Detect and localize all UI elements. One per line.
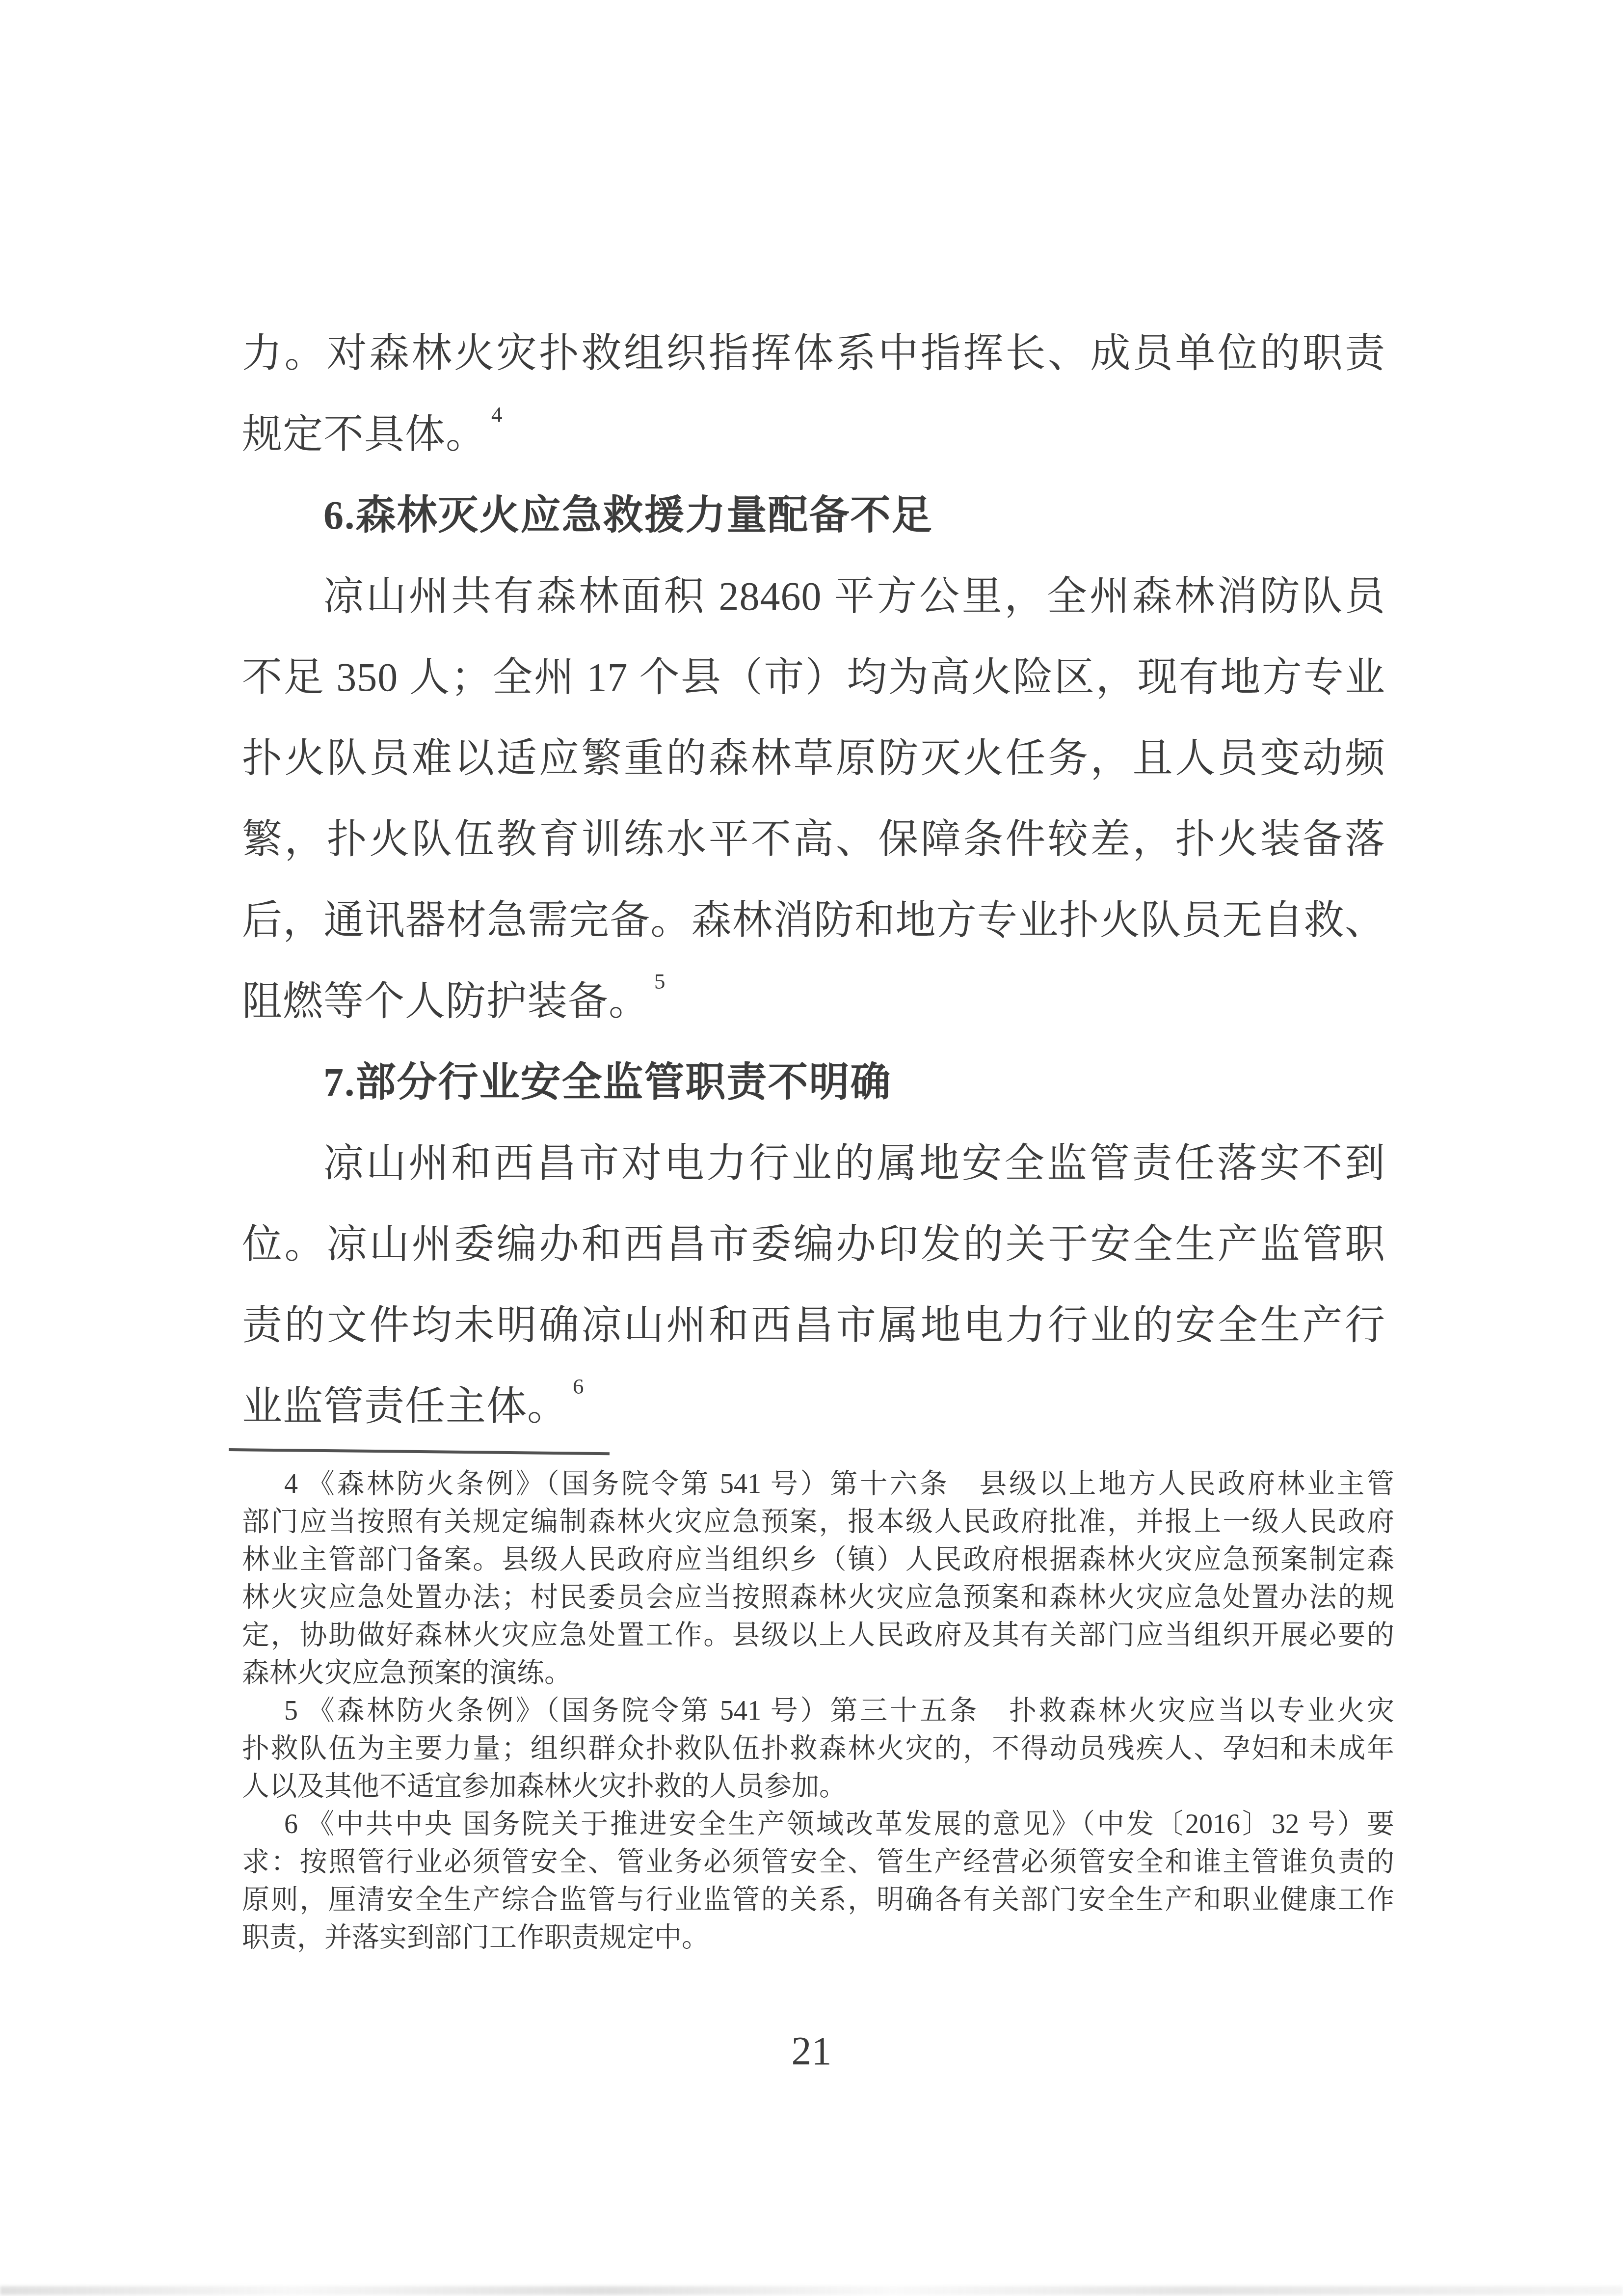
- line-text: 凉山州共有森林面积 28460 平方公里，全州森林消防队员: [323, 574, 1385, 619]
- footnote-line: 定，协助做好森林火灾应急处置工作。县级以上人民政府及其有关部门应当组织开展必要的: [242, 1617, 1394, 1654]
- line-text: 位。凉山州委编办和西昌市委编办印发的关于安全生产监管职: [242, 1222, 1385, 1267]
- body-text-line: 繁，扑火队伍教育训练水平不高、保障条件较差，扑火装备落: [242, 799, 1385, 880]
- footnote-ref: 4: [491, 402, 503, 427]
- footnote-line: 原则，厘清安全生产综合监管与行业监管的关系，明确各有关部门安全生产和职业健康工作: [242, 1881, 1394, 1919]
- page-number: 21: [0, 2022, 1623, 2080]
- line-text: 凉山州和西昌市对电力行业的属地安全监管责任落实不到: [323, 1141, 1385, 1186]
- line-text: 业监管责任主体。: [242, 1384, 568, 1429]
- footnote-line: 部门应当按照有关规定编制森林火灾应急预案，报本级人民政府批准，并报上一级人民政府: [242, 1503, 1394, 1541]
- body-text-line: 责的文件均未明确凉山州和西昌市属地电力行业的安全生产行: [242, 1285, 1385, 1366]
- footnote-line: 6 《中共中央 国务院关于推进安全生产领域改革发展的意见》（中发〔2016〕32…: [242, 1806, 1394, 1843]
- line-text: 人以及其他不适宜参加森林火灾扑救的人员参加。: [242, 1771, 847, 1802]
- body-text-line: 规定不具体。4: [242, 394, 1385, 475]
- footnote-line: 5 《森林防火条例》（国务院令第 541 号）第三十五条 扑救森林火灾应当以专业…: [242, 1692, 1394, 1730]
- line-text: 7.部分行业安全监管职责不明确: [323, 1060, 892, 1105]
- footnote-ref: 6: [573, 1374, 585, 1399]
- line-text: 后，通讯器材急需完备。森林消防和地方专业扑火队员无自救、: [242, 898, 1385, 943]
- footnote-line: 求：按照管行业必须管安全、管业务必须管安全、管生产经营必须管安全和谁主管谁负责的: [242, 1843, 1394, 1881]
- footnote-line: 林火灾应急处置办法；村民委员会应当按照森林火灾应急预案和森林火灾应急处置办法的规: [242, 1579, 1394, 1617]
- document-page: 力。对森林火灾扑救组织指挥体系中指挥长、成员单位的职责规定不具体。46.森林灭火…: [0, 0, 1623, 2296]
- line-text: 4 《森林防火条例》（国务院令第 541 号）第十六条 县级以上地方人民政府林业…: [284, 1469, 1394, 1499]
- line-text: 责的文件均未明确凉山州和西昌市属地电力行业的安全生产行: [242, 1303, 1385, 1348]
- footnote-line: 林业主管部门备案。县级人民政府应当组织乡（镇）人民政府根据森林火灾应急预案制定森: [242, 1541, 1394, 1579]
- line-text: 扑火队员难以适应繁重的森林草原防灭火任务，且人员变动频: [242, 736, 1385, 781]
- line-text: 定，协助做好森林火灾应急处置工作。县级以上人民政府及其有关部门应当组织开展必要的: [242, 1620, 1394, 1650]
- footnote-line: 人以及其他不适宜参加森林火灾扑救的人员参加。: [242, 1768, 1394, 1806]
- line-text: 原则，厘清安全生产综合监管与行业监管的关系，明确各有关部门安全生产和职业健康工作: [242, 1885, 1394, 1915]
- body-text: 力。对森林火灾扑救组织指挥体系中指挥长、成员单位的职责规定不具体。46.森林灭火…: [242, 313, 1385, 1447]
- footnote-separator: [229, 1448, 610, 1455]
- line-text: 阻燃等个人防护装备。: [242, 979, 649, 1024]
- body-text-line: 业监管责任主体。6: [242, 1366, 1385, 1447]
- line-text: 求：按照管行业必须管安全、管业务必须管安全、管生产经营必须管安全和谁主管谁负责的: [242, 1847, 1394, 1877]
- body-text-line: 7.部分行业安全监管职责不明确: [242, 1042, 1385, 1123]
- line-text: 职责，并落实到部门工作职责规定中。: [242, 1922, 709, 1953]
- body-text-line: 凉山州和西昌市对电力行业的属地安全监管责任落实不到: [242, 1123, 1385, 1204]
- line-text: 繁，扑火队伍教育训练水平不高、保障条件较差，扑火装备落: [242, 817, 1385, 862]
- body-text-line: 凉山州共有森林面积 28460 平方公里，全州森林消防队员: [242, 556, 1385, 637]
- line-text: 扑救队伍为主要力量；组织群众扑救队伍扑救森林火灾的，不得动员残疾人、孕妇和未成年: [242, 1733, 1394, 1764]
- body-text-line: 力。对森林火灾扑救组织指挥体系中指挥长、成员单位的职责: [242, 313, 1385, 394]
- line-text: 规定不具体。: [242, 412, 486, 457]
- footnote-line: 森林火灾应急预案的演练。: [242, 1654, 1394, 1692]
- footnote-line: 4 《森林防火条例》（国务院令第 541 号）第十六条 县级以上地方人民政府林业…: [242, 1465, 1394, 1503]
- line-text: 林业主管部门备案。县级人民政府应当组织乡（镇）人民政府根据森林火灾应急预案制定森: [242, 1544, 1394, 1575]
- body-text-line: 位。凉山州委编办和西昌市委编办印发的关于安全生产监管职: [242, 1204, 1385, 1285]
- footnote-ref: 5: [654, 969, 666, 994]
- scan-artifact-bottom: [0, 2286, 1623, 2295]
- line-text: 6.森林灭火应急救援力量配备不足: [323, 493, 933, 538]
- body-text-line: 阻燃等个人防护装备。5: [242, 961, 1385, 1042]
- line-text: 6 《中共中央 国务院关于推进安全生产领域改革发展的意见》（中发〔2016〕32…: [284, 1809, 1394, 1839]
- line-text: 5 《森林防火条例》（国务院令第 541 号）第三十五条 扑救森林火灾应当以专业…: [284, 1696, 1394, 1726]
- line-text: 森林火灾应急预案的演练。: [242, 1658, 572, 1688]
- body-text-line: 后，通讯器材急需完备。森林消防和地方专业扑火队员无自救、: [242, 880, 1385, 961]
- line-text: 林火灾应急处置办法；村民委员会应当按照森林火灾应急预案和森林火灾应急处置办法的规: [242, 1582, 1394, 1613]
- footnote-line: 扑救队伍为主要力量；组织群众扑救队伍扑救森林火灾的，不得动员残疾人、孕妇和未成年: [242, 1730, 1394, 1768]
- line-text: 不足 350 人；全州 17 个县（市）均为高火险区，现有地方专业: [242, 655, 1385, 700]
- body-text-line: 不足 350 人；全州 17 个县（市）均为高火险区，现有地方专业: [242, 637, 1385, 718]
- line-text: 力。对森林火灾扑救组织指挥体系中指挥长、成员单位的职责: [242, 331, 1385, 376]
- line-text: 部门应当按照有关规定编制森林火灾应急预案，报本级人民政府批准，并报上一级人民政府: [242, 1507, 1394, 1537]
- footnote-line: 职责，并落实到部门工作职责规定中。: [242, 1919, 1394, 1957]
- body-text-line: 扑火队员难以适应繁重的森林草原防灭火任务，且人员变动频: [242, 718, 1385, 799]
- footnotes: 4 《森林防火条例》（国务院令第 541 号）第十六条 县级以上地方人民政府林业…: [242, 1465, 1394, 1957]
- body-text-line: 6.森林灭火应急救援力量配备不足: [242, 475, 1385, 556]
